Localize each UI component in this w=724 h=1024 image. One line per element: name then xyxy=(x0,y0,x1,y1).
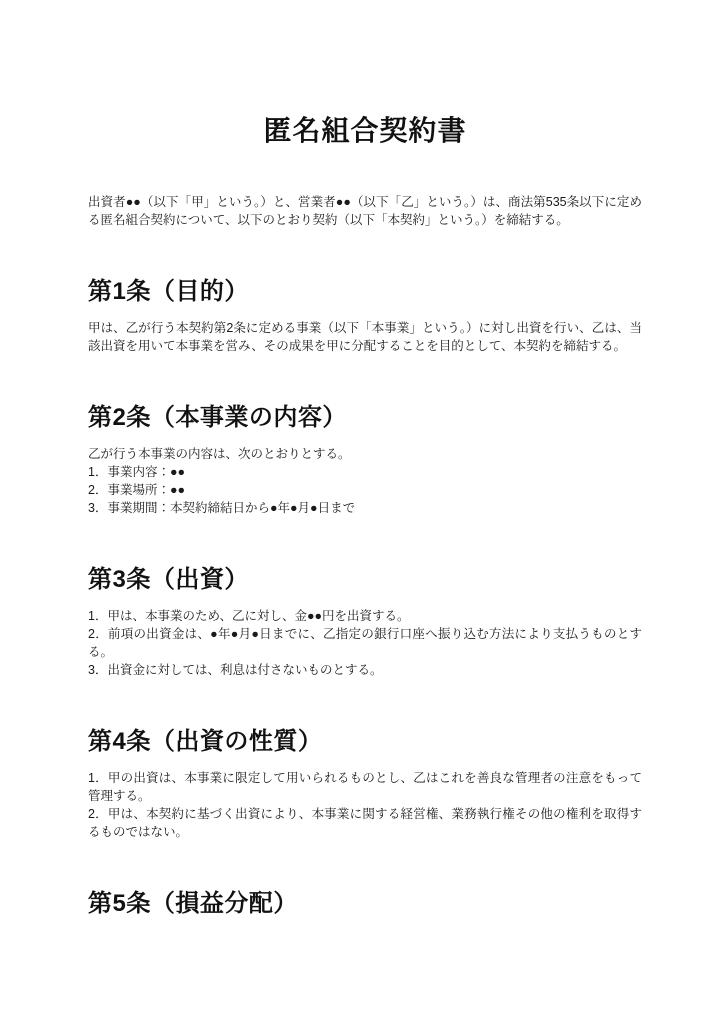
article-2-heading: 第2条（本事業の内容） xyxy=(88,403,642,433)
section-article-1: 第1条（目的） 甲は、乙が行う本契約第2条に定める事業（以下「本事業」という。）… xyxy=(88,277,642,355)
article-2-list-item-1: 1．事業内容：●● xyxy=(88,463,642,481)
article-3-list-item-3: 3．出資金に対しては、利息は付さないものとする。 xyxy=(88,661,642,679)
document-page: 匿名組合契約書 出資者●●（以下「甲」という。）と、営業者●●（以下「乙」という… xyxy=(0,0,724,1024)
article-2-paragraph-1: 乙が行う本事業の内容は、次のとおりとする。 xyxy=(88,445,642,463)
article-2-body: 乙が行う本事業の内容は、次のとおりとする。 1．事業内容：●● 2．事業場所：●… xyxy=(88,445,642,517)
section-article-2: 第2条（本事業の内容） 乙が行う本事業の内容は、次のとおりとする。 1．事業内容… xyxy=(88,403,642,517)
section-article-4: 第4条（出資の性質） 1．甲の出資は、本事業に限定して用いられるものとし、乙はこ… xyxy=(88,727,642,841)
article-1-heading: 第1条（目的） xyxy=(88,277,642,307)
article-4-list-item-2: 2．甲は、本契約に基づく出資により、本事業に関する経営権、業務執行権その他の権利… xyxy=(88,805,642,841)
article-1-body: 甲は、乙が行う本契約第2条に定める事業（以下「本事業」という。）に対し出資を行い… xyxy=(88,319,642,355)
document-title: 匿名組合契約書 xyxy=(88,113,642,149)
article-4-heading: 第4条（出資の性質） xyxy=(88,727,642,757)
section-article-3: 第3条（出資） 1．甲は、本事業のため、乙に対し、金●●円を出資する。 2．前項… xyxy=(88,565,642,679)
section-article-5: 第5条（損益分配） xyxy=(88,889,642,919)
article-4-body: 1．甲の出資は、本事業に限定して用いられるものとし、乙はこれを善良な管理者の注意… xyxy=(88,769,642,841)
article-3-heading: 第3条（出資） xyxy=(88,565,642,595)
article-3-list-item-2: 2．前項の出資金は、●年●月●日までに、乙指定の銀行口座へ振り込む方法により支払… xyxy=(88,625,642,661)
article-3-list-item-1: 1．甲は、本事業のため、乙に対し、金●●円を出資する。 xyxy=(88,607,642,625)
article-2-list-item-3: 3．事業期間：本契約締結日から●年●月●日まで xyxy=(88,499,642,517)
article-3-body: 1．甲は、本事業のため、乙に対し、金●●円を出資する。 2．前項の出資金は、●年… xyxy=(88,607,642,679)
article-4-list-item-1: 1．甲の出資は、本事業に限定して用いられるものとし、乙はこれを善良な管理者の注意… xyxy=(88,769,642,805)
article-1-paragraph-1: 甲は、乙が行う本契約第2条に定める事業（以下「本事業」という。）に対し出資を行い… xyxy=(88,319,642,355)
article-2-list-item-2: 2．事業場所：●● xyxy=(88,481,642,499)
intro-paragraph: 出資者●●（以下「甲」という。）と、営業者●●（以下「乙」という。）は、商法第5… xyxy=(88,193,642,229)
article-5-heading: 第5条（損益分配） xyxy=(88,889,642,919)
